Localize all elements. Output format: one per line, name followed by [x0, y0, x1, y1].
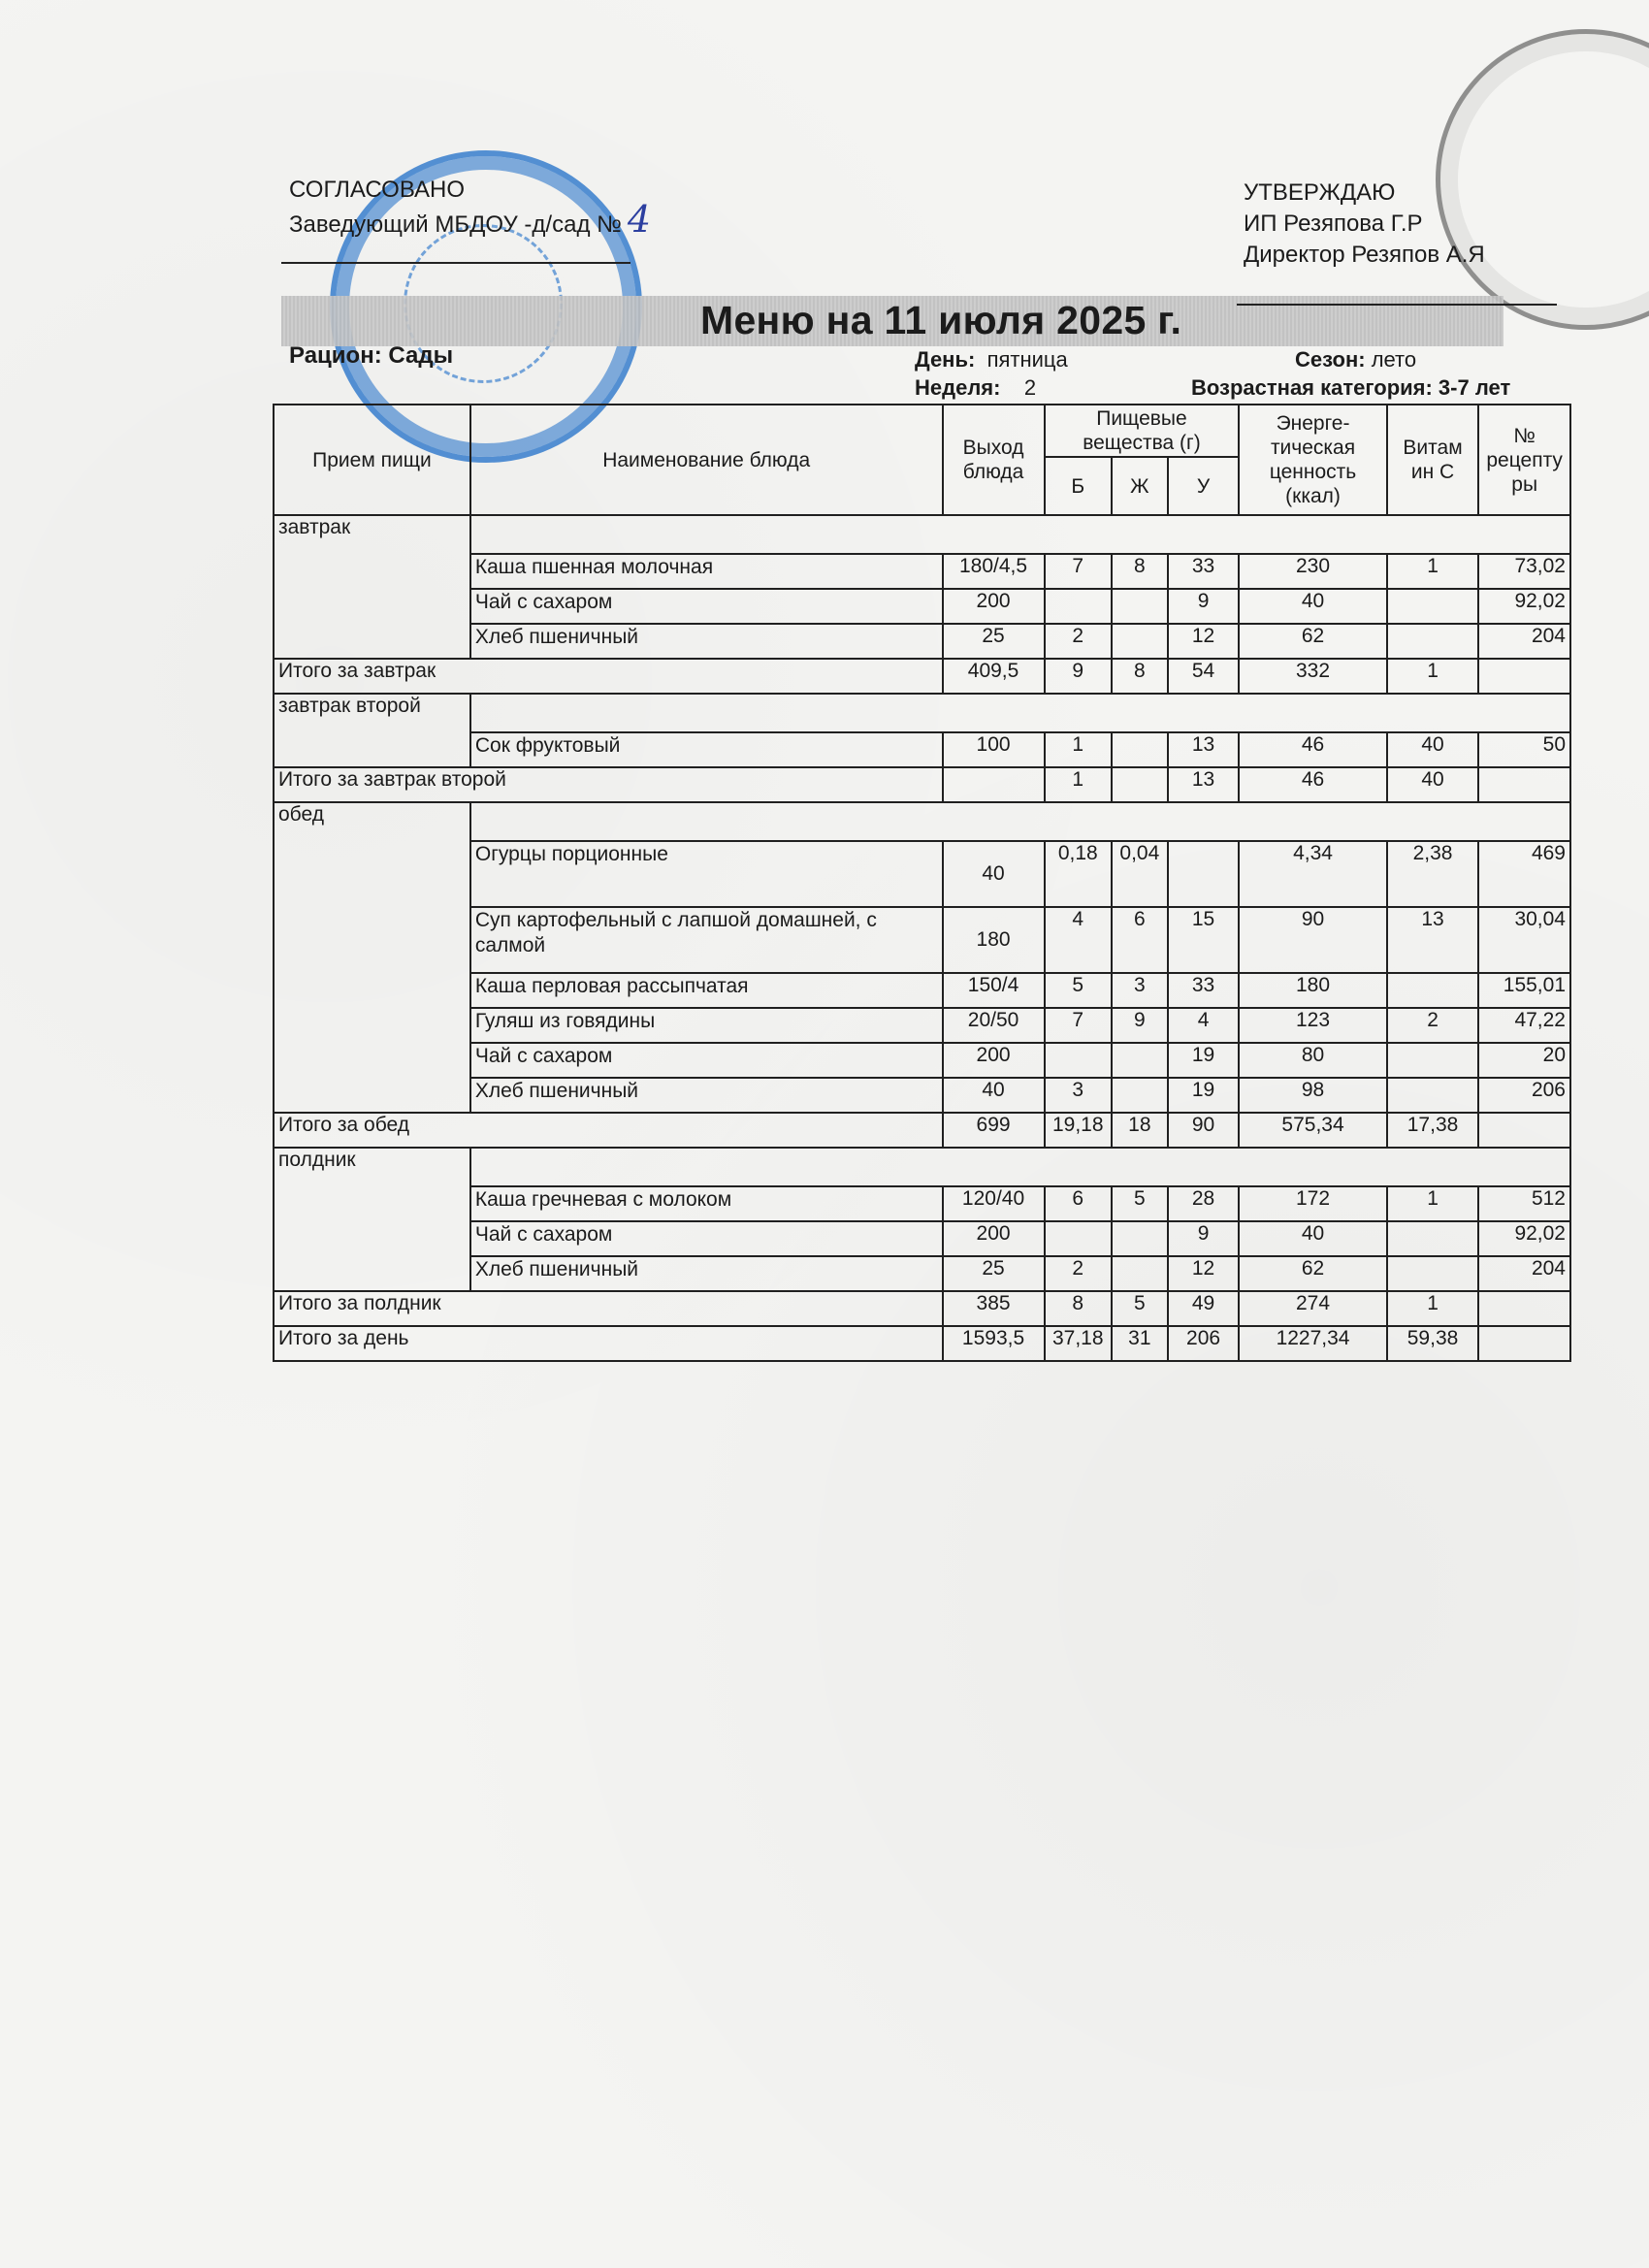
season-field: Сезон: лето — [1295, 347, 1416, 373]
menu-table: Прием пищи Наименование блюда Выход блюд… — [273, 404, 1571, 1362]
signature-line-right — [1237, 304, 1557, 306]
carbs-cell — [1168, 841, 1240, 907]
protein-cell: 1 — [1045, 732, 1112, 767]
carbs-cell: 12 — [1168, 624, 1240, 659]
meal-row: полдник — [274, 1148, 1570, 1186]
bleed-through-text — [233, 1470, 1591, 1502]
carbs-cell: 33 — [1168, 554, 1240, 589]
fat-cell: 6 — [1112, 907, 1168, 973]
fat-cell — [1112, 1221, 1168, 1256]
dish-name: Каша перловая рассыпчатая — [470, 973, 943, 1008]
meal-name: обед — [274, 802, 470, 1113]
yield-cell: 40 — [943, 1078, 1045, 1113]
protein-cell: 7 — [1045, 1008, 1112, 1043]
meal-name: завтрак — [274, 515, 470, 659]
recipe-cell: 204 — [1478, 624, 1570, 659]
yield-cell: 180/4,5 — [943, 554, 1045, 589]
recipe-cell: 30,04 — [1478, 907, 1570, 973]
handwritten-number: 4 — [628, 198, 651, 241]
subtotal-protein-cell: 9 — [1045, 659, 1112, 694]
vitamin-c-cell — [1387, 973, 1479, 1008]
recipe-cell: 92,02 — [1478, 589, 1570, 624]
subtotal-carbs-cell: 49 — [1168, 1291, 1240, 1326]
carbs-cell: 9 — [1168, 1221, 1240, 1256]
protein-cell: 0,18 — [1045, 841, 1112, 907]
dish-name: Чай с сахаром — [470, 589, 943, 624]
meal-row: обед — [274, 802, 1570, 841]
subtotal-recipe-cell — [1478, 1113, 1570, 1148]
fat-cell — [1112, 624, 1168, 659]
energy-cell: 230 — [1239, 554, 1386, 589]
day-total-vitamin-c-cell: 59,38 — [1387, 1326, 1479, 1361]
energy-cell: 98 — [1239, 1078, 1386, 1113]
protein-cell: 2 — [1045, 624, 1112, 659]
subtotal-recipe-cell — [1478, 767, 1570, 802]
vitamin-c-cell: 2,38 — [1387, 841, 1479, 907]
fat-cell — [1112, 1256, 1168, 1291]
yield-cell: 20/50 — [943, 1008, 1045, 1043]
carbs-cell: 28 — [1168, 1186, 1240, 1221]
recipe-cell: 20 — [1478, 1043, 1570, 1078]
carbs-cell: 13 — [1168, 732, 1240, 767]
dish-name: Гуляш из говядины — [470, 1008, 943, 1043]
approval-left-block: СОГЛАСОВАНО Заведующий МБДОУ -д/сад №4 — [289, 175, 651, 240]
subtotal-yield-cell: 699 — [943, 1113, 1045, 1148]
dish-name: Каша пшенная молочная — [470, 554, 943, 589]
dish-name: Суп картофельный с лапшой домашней, с са… — [470, 907, 943, 973]
subtotal-protein-cell: 8 — [1045, 1291, 1112, 1326]
dish-name: Хлеб пшеничный — [470, 624, 943, 659]
subtotal-yield-cell: 385 — [943, 1291, 1045, 1326]
vitamin-c-cell — [1387, 624, 1479, 659]
carbs-cell: 4 — [1168, 1008, 1240, 1043]
fat-cell: 3 — [1112, 973, 1168, 1008]
energy-cell: 4,34 — [1239, 841, 1386, 907]
header-yield: Выход блюда — [943, 405, 1045, 515]
subtotal-carbs-cell: 13 — [1168, 767, 1240, 802]
vitamin-c-cell — [1387, 1043, 1479, 1078]
subtotal-row: Итого за обед69919,181890575,3417,38 — [274, 1113, 1570, 1148]
subtotal-label: Итого за полдник — [274, 1291, 943, 1326]
header-carbs: У — [1168, 457, 1240, 515]
approve-heading: УТВЕРЖДАЮ — [1244, 178, 1485, 209]
carbs-cell: 19 — [1168, 1043, 1240, 1078]
subtotal-yield-cell: 409,5 — [943, 659, 1045, 694]
meal-spacer — [470, 515, 1570, 554]
subtotal-energy-cell: 332 — [1239, 659, 1386, 694]
signature-line-left — [281, 262, 630, 264]
recipe-cell: 512 — [1478, 1186, 1570, 1221]
yield-cell: 100 — [943, 732, 1045, 767]
fat-cell: 8 — [1112, 554, 1168, 589]
day-total-carbs-cell: 206 — [1168, 1326, 1240, 1361]
agreed-heading: СОГЛАСОВАНО — [289, 175, 651, 205]
energy-cell: 90 — [1239, 907, 1386, 973]
dish-name: Чай с сахаром — [470, 1221, 943, 1256]
fat-cell: 5 — [1112, 1186, 1168, 1221]
dish-name: Хлеб пшеничный — [470, 1078, 943, 1113]
protein-cell: 5 — [1045, 973, 1112, 1008]
protein-cell — [1045, 1221, 1112, 1256]
subtotal-fat-cell: 8 — [1112, 659, 1168, 694]
day-total-yield-cell: 1593,5 — [943, 1326, 1045, 1361]
meal-name: полдник — [274, 1148, 470, 1291]
header-vitamin-c: Витам ин С — [1387, 405, 1479, 515]
recipe-cell: 155,01 — [1478, 973, 1570, 1008]
subtotal-label: Итого за завтрак второй — [274, 767, 943, 802]
dish-name: Хлеб пшеничный — [470, 1256, 943, 1291]
agreed-position: Заведующий МБДОУ -д/сад №4 — [289, 205, 651, 240]
dish-name: Каша гречневая с молоком — [470, 1186, 943, 1221]
subtotal-carbs-cell: 90 — [1168, 1113, 1240, 1148]
header-dish: Наименование блюда — [470, 405, 943, 515]
recipe-cell: 73,02 — [1478, 554, 1570, 589]
header-energy: Энерге-тическая ценность (ккал) — [1239, 405, 1386, 515]
header-fat: Ж — [1112, 457, 1168, 515]
protein-cell: 2 — [1045, 1256, 1112, 1291]
subtotal-recipe-cell — [1478, 659, 1570, 694]
carbs-cell: 12 — [1168, 1256, 1240, 1291]
fat-cell — [1112, 1043, 1168, 1078]
energy-cell: 46 — [1239, 732, 1386, 767]
subtotal-vitamin-c-cell: 40 — [1387, 767, 1479, 802]
vitamin-c-cell — [1387, 1256, 1479, 1291]
header-recipe: № рецепту ры — [1478, 405, 1570, 515]
fat-cell — [1112, 732, 1168, 767]
vitamin-c-cell: 13 — [1387, 907, 1479, 973]
vitamin-c-cell: 40 — [1387, 732, 1479, 767]
yield-cell: 150/4 — [943, 973, 1045, 1008]
recipe-cell: 47,22 — [1478, 1008, 1570, 1043]
meal-name: завтрак второй — [274, 694, 470, 767]
yield-cell: 200 — [943, 1043, 1045, 1078]
carbs-cell: 9 — [1168, 589, 1240, 624]
yield-cell: 200 — [943, 1221, 1045, 1256]
day-total-energy-cell: 1227,34 — [1239, 1326, 1386, 1361]
vitamin-c-cell — [1387, 589, 1479, 624]
week-field: Неделя: 2 — [915, 375, 1036, 401]
carbs-cell: 33 — [1168, 973, 1240, 1008]
subtotal-fat-cell: 5 — [1112, 1291, 1168, 1326]
dish-name: Огурцы порционные — [470, 841, 943, 907]
energy-cell: 180 — [1239, 973, 1386, 1008]
protein-cell: 3 — [1045, 1078, 1112, 1113]
header-protein: Б — [1045, 457, 1112, 515]
meal-spacer — [470, 694, 1570, 732]
meal-row: завтрак — [274, 515, 1570, 554]
protein-cell: 4 — [1045, 907, 1112, 973]
yield-cell: 25 — [943, 1256, 1045, 1291]
recipe-cell: 204 — [1478, 1256, 1570, 1291]
day-total-row: Итого за день1593,537,18312061227,3459,3… — [274, 1326, 1570, 1361]
meal-row: завтрак второй — [274, 694, 1570, 732]
subtotal-row: Итого за полдник38585492741 — [274, 1291, 1570, 1326]
carbs-cell: 15 — [1168, 907, 1240, 973]
subtotal-energy-cell: 575,34 — [1239, 1113, 1386, 1148]
protein-cell: 6 — [1045, 1186, 1112, 1221]
yield-cell: 120/40 — [943, 1186, 1045, 1221]
subtotal-vitamin-c-cell: 1 — [1387, 659, 1479, 694]
fat-cell — [1112, 1078, 1168, 1113]
energy-cell: 123 — [1239, 1008, 1386, 1043]
yield-cell: 40 — [943, 841, 1045, 907]
dish-name: Чай с сахаром — [470, 1043, 943, 1078]
subtotal-label: Итого за обед — [274, 1113, 943, 1148]
protein-cell — [1045, 589, 1112, 624]
fat-cell: 0,04 — [1112, 841, 1168, 907]
subtotal-protein-cell: 19,18 — [1045, 1113, 1112, 1148]
approval-right-block: УТВЕРЖДАЮ ИП Резяпова Г.Р Директор Резяп… — [1244, 178, 1485, 271]
energy-cell: 40 — [1239, 1221, 1386, 1256]
meal-spacer — [470, 1148, 1570, 1186]
subtotal-energy-cell: 274 — [1239, 1291, 1386, 1326]
recipe-cell: 469 — [1478, 841, 1570, 907]
energy-cell: 40 — [1239, 589, 1386, 624]
subtotal-vitamin-c-cell: 1 — [1387, 1291, 1479, 1326]
energy-cell: 172 — [1239, 1186, 1386, 1221]
subtotal-row: Итого за завтрак второй1134640 — [274, 767, 1570, 802]
recipe-cell: 50 — [1478, 732, 1570, 767]
page-title: Меню на 11 июля 2025 г. — [700, 298, 1181, 343]
age-category: Возрастная категория: 3-7 лет — [1191, 375, 1510, 401]
subtotal-fat-cell: 18 — [1112, 1113, 1168, 1148]
recipe-cell: 92,02 — [1478, 1221, 1570, 1256]
yield-cell: 180 — [943, 907, 1045, 973]
vitamin-c-cell: 2 — [1387, 1008, 1479, 1043]
subtotal-row: Итого за завтрак409,598543321 — [274, 659, 1570, 694]
day-field: День: пятница — [915, 347, 1068, 373]
subtotal-recipe-cell — [1478, 1291, 1570, 1326]
day-total-fat-cell: 31 — [1112, 1326, 1168, 1361]
day-total-protein-cell: 37,18 — [1045, 1326, 1112, 1361]
fat-cell — [1112, 589, 1168, 624]
subtotal-protein-cell: 1 — [1045, 767, 1112, 802]
subtotal-label: Итого за завтрак — [274, 659, 943, 694]
recipe-cell: 206 — [1478, 1078, 1570, 1113]
subtotal-fat-cell — [1112, 767, 1168, 802]
energy-cell: 80 — [1239, 1043, 1386, 1078]
day-total-label: Итого за день — [274, 1326, 943, 1361]
dish-name: Сок фруктовый — [470, 732, 943, 767]
subtotal-yield-cell — [943, 767, 1045, 802]
approve-line1: ИП Резяпова Г.Р — [1244, 209, 1485, 240]
protein-cell — [1045, 1043, 1112, 1078]
vitamin-c-cell — [1387, 1078, 1479, 1113]
vitamin-c-cell — [1387, 1221, 1479, 1256]
subtotal-vitamin-c-cell: 17,38 — [1387, 1113, 1479, 1148]
subtotal-energy-cell: 46 — [1239, 767, 1386, 802]
ration-label: Рацион: Сады — [289, 342, 453, 370]
carbs-cell: 19 — [1168, 1078, 1240, 1113]
meal-spacer — [470, 802, 1570, 841]
energy-cell: 62 — [1239, 1256, 1386, 1291]
yield-cell: 200 — [943, 589, 1045, 624]
subtotal-carbs-cell: 54 — [1168, 659, 1240, 694]
vitamin-c-cell: 1 — [1387, 554, 1479, 589]
vitamin-c-cell: 1 — [1387, 1186, 1479, 1221]
day-total-recipe-cell — [1478, 1326, 1570, 1361]
header-nutrients: Пищевые вещества (г) — [1045, 405, 1240, 457]
protein-cell: 7 — [1045, 554, 1112, 589]
fat-cell: 9 — [1112, 1008, 1168, 1043]
energy-cell: 62 — [1239, 624, 1386, 659]
yield-cell: 25 — [943, 624, 1045, 659]
approve-line2: Директор Резяпов А.Я — [1244, 240, 1485, 271]
header-meal: Прием пищи — [274, 405, 470, 515]
